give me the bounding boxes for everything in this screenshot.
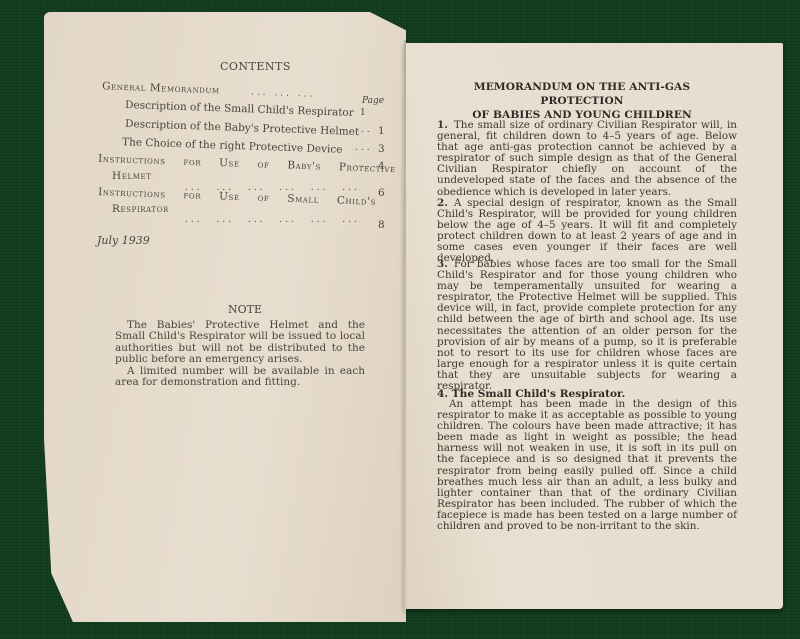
publication-date: July 1939 (97, 234, 150, 247)
paragraph-1: 1.The small size of ordinary Civilian Re… (437, 120, 737, 198)
paragraph-3: 3.For babies whose faces are too small f… (437, 259, 737, 392)
note-body: The Babies' Protective Helmet and the Sm… (115, 320, 365, 388)
toc-page-number: 6 (378, 187, 385, 199)
contents-title: CONTENTS (220, 60, 291, 73)
section-4-body: An attempt has been made in the design o… (437, 399, 737, 532)
memorandum-heading: MEMORANDUM ON THE ANTI-GAS PROTECTION OF… (432, 80, 732, 122)
toc-page-number: 3 (378, 143, 385, 155)
page-label: Page (362, 96, 384, 106)
booklet-spine (404, 40, 406, 610)
toc-page-number: 1 (360, 108, 369, 118)
toc-page-number: 8 (378, 219, 385, 231)
paragraph-2: 2.A special design of respirator, known … (437, 198, 737, 265)
note-title: NOTE (228, 303, 262, 316)
toc-page-number: 1 (378, 125, 385, 137)
